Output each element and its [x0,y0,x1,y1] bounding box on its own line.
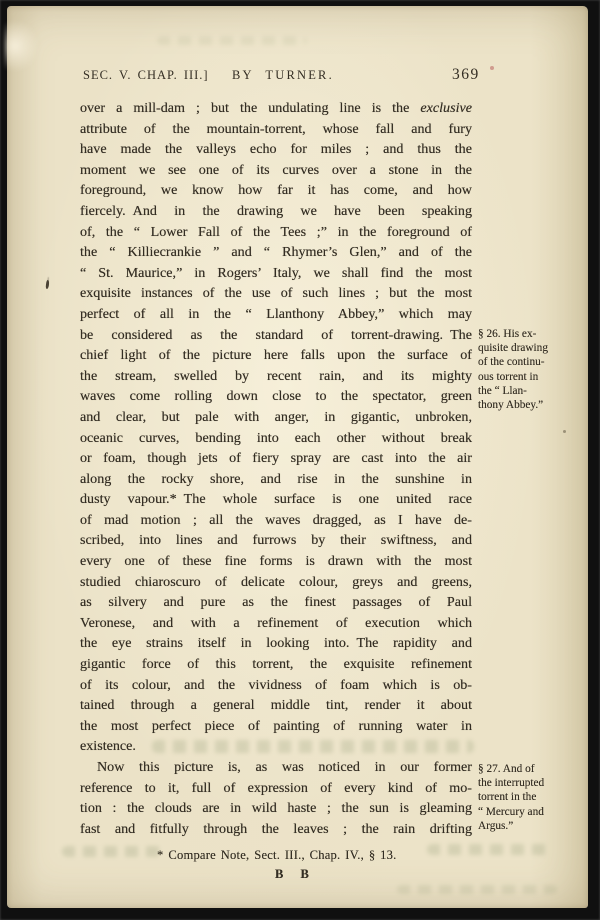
text-segment: Now this picture is, as was noticed in o… [97,759,472,775]
body-line: fast and fitfully through the leaves ; t… [80,819,472,840]
text-segment: every one of these fine forms is drawn w… [80,553,472,569]
text-segment: Veronese, and with a refinement of execu… [80,615,472,631]
sidenote-section-27: § 27. And ofthe interruptedtorrent in th… [478,762,572,833]
body-line: tained through a general middle tint, re… [80,695,472,716]
sidenote-line: the interrupted [478,776,572,790]
body-line: “ St. Maurice,” in Rogers’ Italy, we sha… [80,263,472,284]
body-line: have made the valleys echo for miles ; a… [80,139,472,160]
text-segment: “ St. Maurice,” in Rogers’ Italy, we sha… [80,265,472,281]
text-segment: the stream, swelled by recent rain, and … [80,368,472,384]
text-segment: waves come rolling down close to the spe… [80,388,472,404]
sidenote-line: quisite drawing [478,341,572,355]
text-segment: foreground, we know how far it has come,… [80,182,472,198]
body-line: over a mill-dam ; but the undulating lin… [80,98,472,119]
text-segment: of mad motion ; all the waves dragged, a… [80,512,472,528]
text-segment: moment we see one of its curves over a s… [80,162,472,178]
text-segment: scribed, into lines and furrows by their… [80,532,472,548]
body-line: tion : the clouds are in wild haste ; th… [80,798,472,819]
bleedthrough-smudge [157,36,307,45]
text-segment: along the rocky shore, and rise in the s… [80,471,472,487]
text-segment: gigantic force of this torrent, the exqu… [80,656,472,672]
ink-fleck [45,280,49,289]
signature-mark: B B [275,867,316,882]
text-segment: exquisite instances of the use of such l… [80,285,472,301]
body-line: the stream, swelled by recent rain, and … [80,366,472,387]
body-line: or foam, though jets of fiery spray are … [80,448,472,469]
paper-chip-mark [5,20,39,72]
text-segment: dusty vapour.* The whole surface is one … [80,491,472,507]
sidenote-section-26: § 26. His ex-quisite drawingof the conti… [478,327,572,412]
body-line: chief light of the picture here falls up… [80,345,472,366]
sidenote-line: § 27. And of [478,762,572,776]
text-segment: attribute of the mountain-torrent, whose… [80,121,472,137]
body-line: the eye strains itself in looking into. … [80,633,472,654]
text-segment: the “ Killiecrankie ” and “ Rhymer’s Gle… [80,244,472,260]
text-segment: chief light of the picture here falls up… [80,347,472,363]
sidenote-line: the “ Llan- [478,384,572,398]
bleedthrough-smudge [397,885,557,894]
body-line: Veronese, and with a refinement of execu… [80,613,472,634]
body-line: waves come rolling down close to the spe… [80,386,472,407]
text-segment: reference to it, full of expression of e… [80,780,472,796]
text-segment: have made the valleys echo for miles ; a… [80,141,472,157]
body-line: the “ Killiecrankie ” and “ Rhymer’s Gle… [80,242,472,263]
text-segment: the eye strains itself in looking into. … [80,635,472,651]
sidenote-line: thony Abbey.” [478,398,572,412]
page-number: 369 [452,66,480,84]
body-line: foreground, we know how far it has come,… [80,180,472,201]
body-line: studied chiaroscuro of delicate colour, … [80,572,472,593]
text-segment: fast and fitfully through the leaves ; t… [80,821,472,837]
text-segment: the most perfect piece of painting of ru… [80,718,472,734]
body-line: reference to it, full of expression of e… [80,778,472,799]
body-line: oceanic curves, bending into each other … [80,428,472,449]
body-line: scribed, into lines and furrows by their… [80,530,472,551]
running-header-section: SEC. V. CHAP. III.] [83,68,209,83]
text-segment: or foam, though jets of fiery spray are … [80,450,472,466]
running-header-title: BY TURNER. [232,68,334,83]
text-segment: of its colour, and the vividness of foam… [80,677,472,693]
body-line: existence. [80,736,472,757]
text-segment: perfect of all in the “ Llanthony Abbey,… [80,306,472,322]
sidenote-line: ous torrent in [478,370,572,384]
sidenote-line: “ Mercury and [478,805,572,819]
running-header: SEC. V. CHAP. III.] BY TURNER. 369 [7,68,588,90]
footnote: * Compare Note, Sect. III., Chap. IV., §… [157,848,397,863]
body-line: the most perfect piece of painting of ru… [80,716,472,737]
text-segment: be considered as the standard of torrent… [80,327,472,343]
body-line: gigantic force of this torrent, the exqu… [80,654,472,675]
sidenote-line: § 26. His ex- [478,327,572,341]
dust-speck [563,430,566,433]
body-line: Now this picture is, as was noticed in o… [80,757,472,778]
text-segment: as silvery and pure as the finest passag… [80,594,472,610]
body-line: every one of these fine forms is drawn w… [80,551,472,572]
text-segment: studied chiaroscuro of delicate colour, … [80,574,472,590]
text-segment: fiercely. And in the drawing we have bee… [80,203,472,219]
body-line: and clear, but pale with anger, in gigan… [80,407,472,428]
body-line: as silvery and pure as the finest passag… [80,592,472,613]
body-line: of its colour, and the vividness of foam… [80,675,472,696]
text-segment: of, the “ Lower Fall of the Tees ;” in t… [80,224,472,240]
text-segment: and clear, but pale with anger, in gigan… [80,409,472,425]
text-segment: over a mill-dam ; but the undulating lin… [80,100,420,116]
body-line: be considered as the standard of torrent… [80,325,472,346]
italic-text: exclusive [420,100,472,116]
body-text-block: over a mill-dam ; but the undulating lin… [80,98,472,839]
body-line: moment we see one of its curves over a s… [80,160,472,181]
text-segment: oceanic curves, bending into each other … [80,430,472,446]
body-line: perfect of all in the “ Llanthony Abbey,… [80,304,472,325]
sidenote-line: Argus.” [478,819,572,833]
body-line: dusty vapour.* The whole surface is one … [80,489,472,510]
dust-speck [490,66,494,70]
bleedthrough-smudge [427,844,553,855]
body-line: along the rocky shore, and rise in the s… [80,469,472,490]
body-line: attribute of the mountain-torrent, whose… [80,119,472,140]
text-segment: existence. [80,738,136,754]
body-line: fiercely. And in the drawing we have bee… [80,201,472,222]
sidenote-line: of the continu- [478,355,572,369]
scanned-book-page-image: SEC. V. CHAP. III.] BY TURNER. 369 over … [0,0,600,920]
body-line: of mad motion ; all the waves dragged, a… [80,510,472,531]
sidenote-line: torrent in the [478,790,572,804]
book-page: SEC. V. CHAP. III.] BY TURNER. 369 over … [7,6,588,908]
text-segment: tained through a general middle tint, re… [80,697,472,713]
body-line: of, the “ Lower Fall of the Tees ;” in t… [80,222,472,243]
bleedthrough-smudge [62,846,162,857]
text-segment: tion : the clouds are in wild haste ; th… [80,800,472,816]
body-line: exquisite instances of the use of such l… [80,283,472,304]
